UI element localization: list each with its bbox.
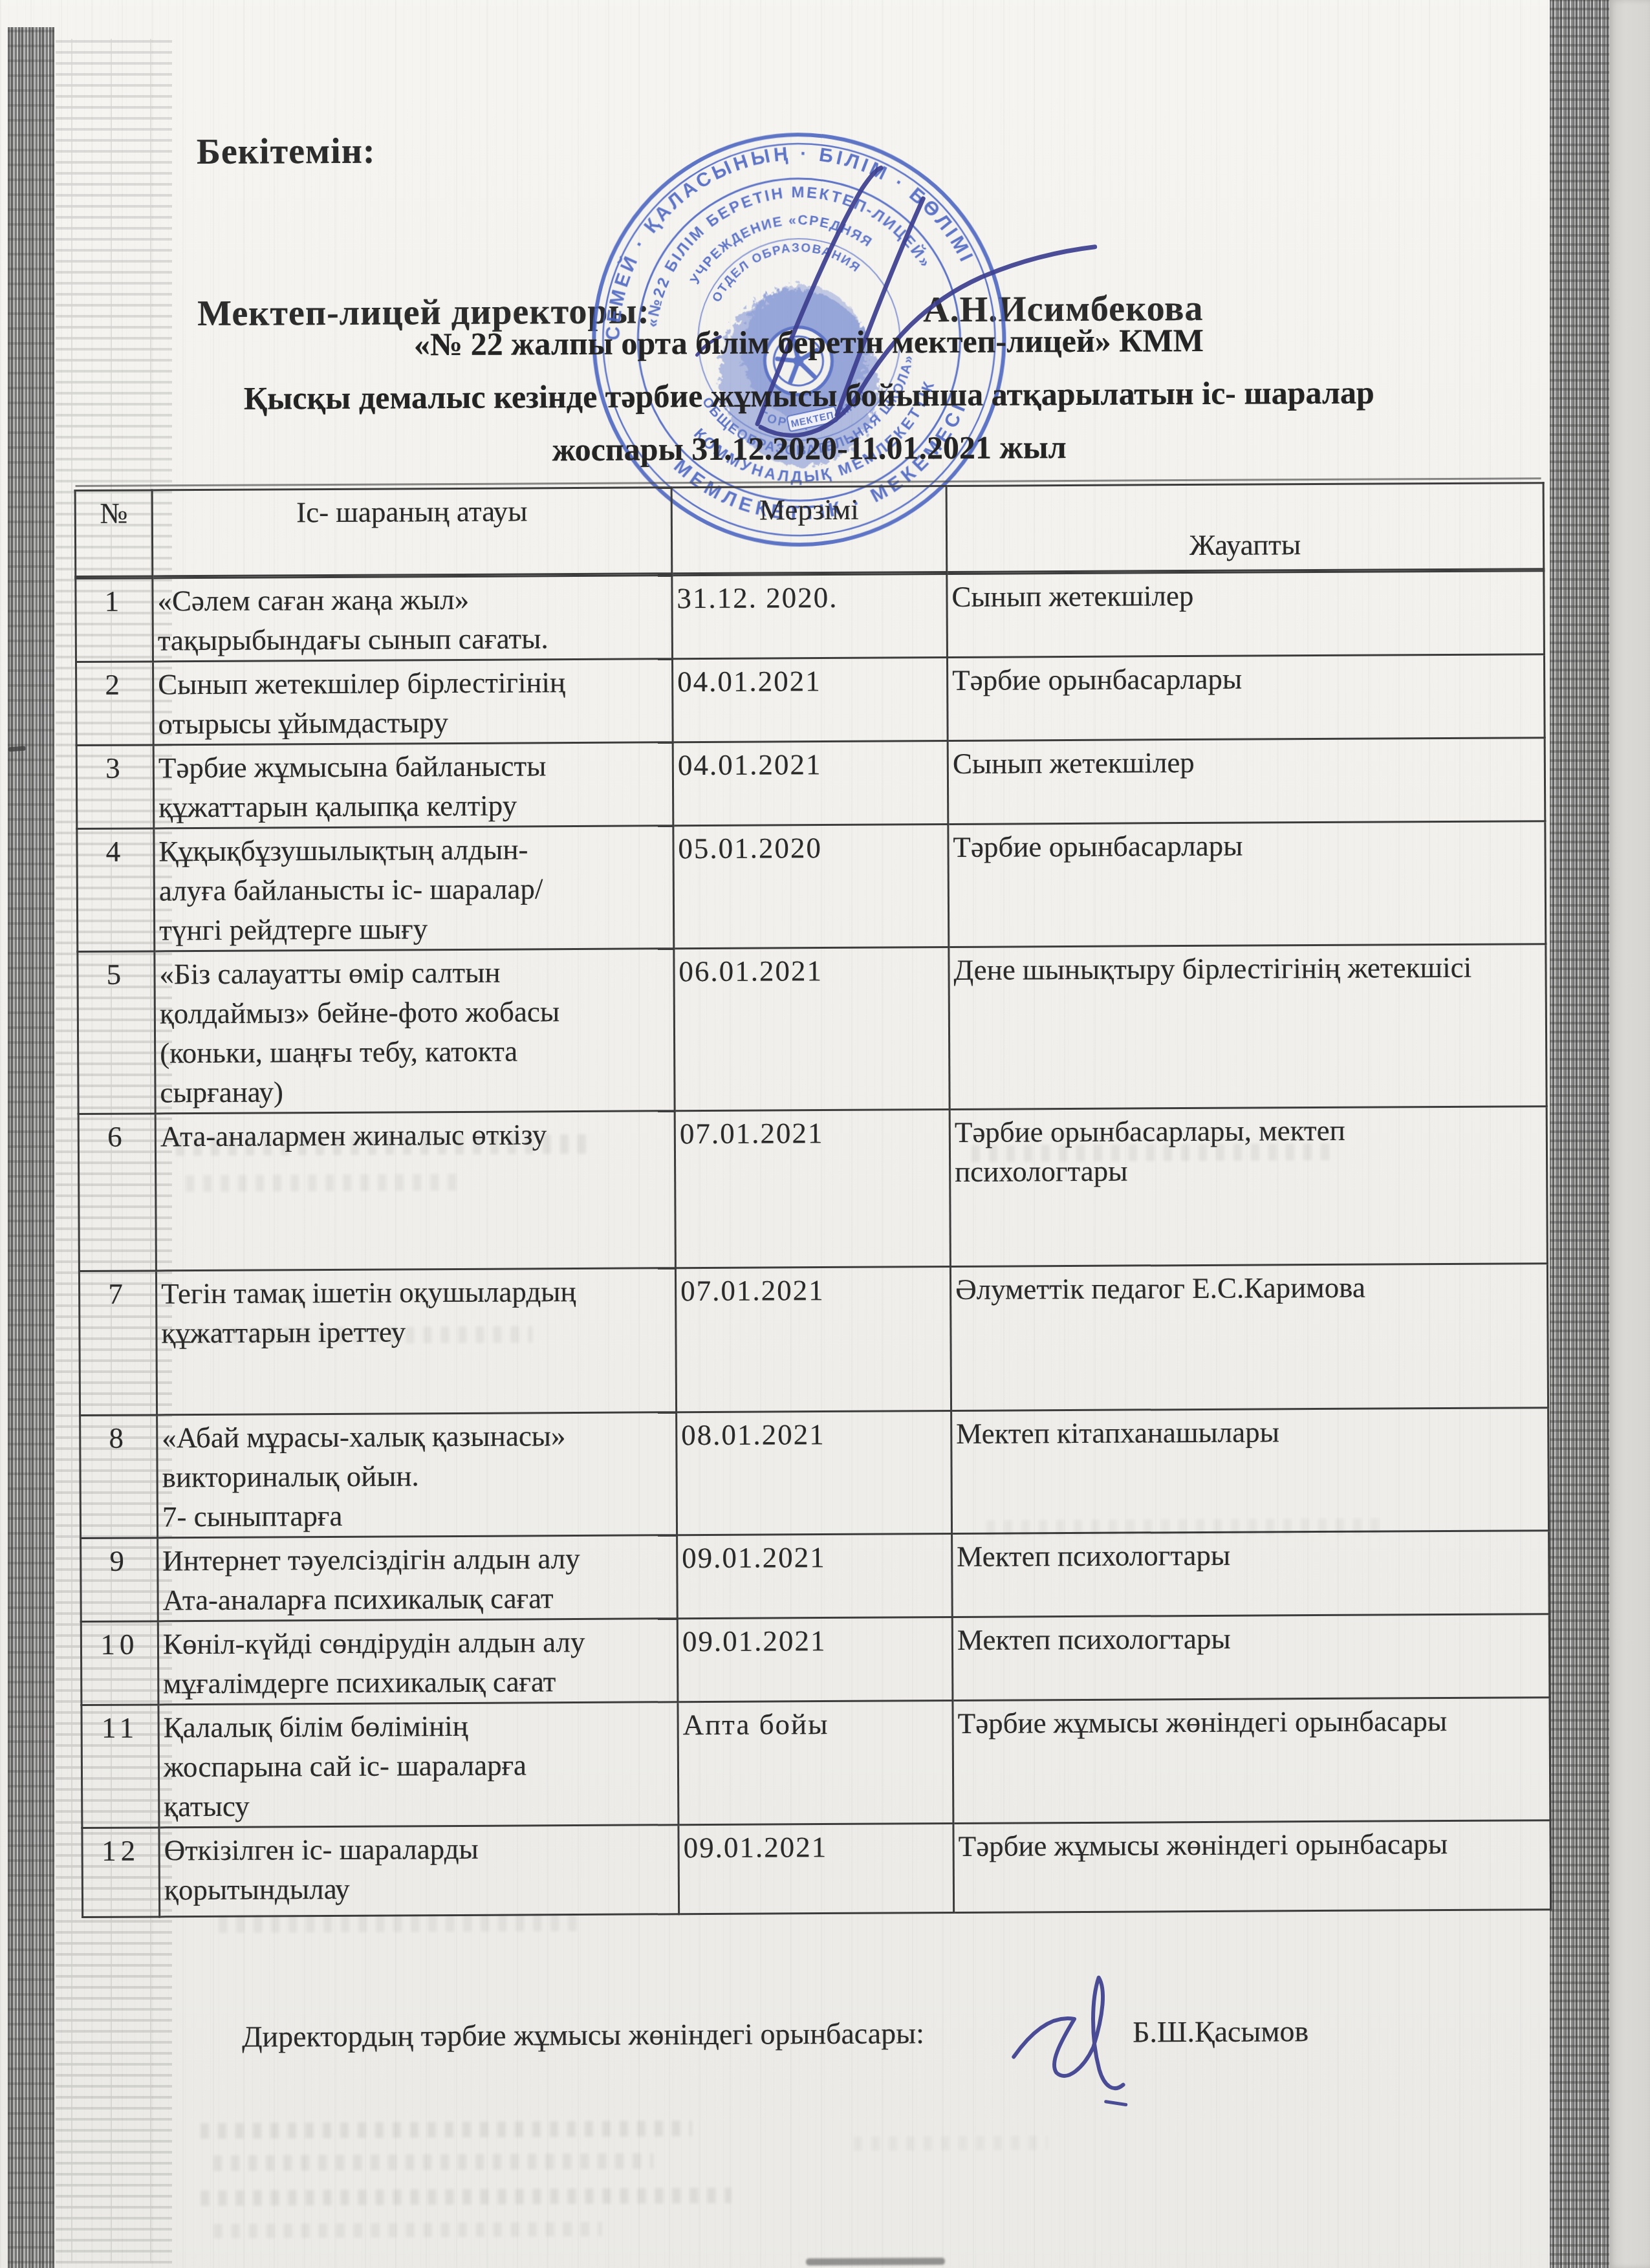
cell-resp: Тәрбие жұмысы жөніндегі орынбасары <box>953 1698 1550 1824</box>
cell-resp: Мектеп психологтары <box>952 1531 1550 1617</box>
table-row: 10Көніл-күйді сөндірудін алдын алу мұғал… <box>81 1614 1550 1705</box>
cell-resp: Сынып жетекшілер <box>948 738 1545 825</box>
title-line-1: «№ 22 жалпы орта білім беретін мектеп-ли… <box>81 312 1536 373</box>
cell-name: Сынып жетекшілер бірлестігінің отырысы ұ… <box>153 659 673 745</box>
cell-resp: Дене шынықтыру бірлестігінің жетекшісі <box>949 944 1547 1110</box>
cell-no: 10 <box>81 1621 158 1705</box>
table-row: 4Құқықбұзушылықтың алдын- алуға байланыс… <box>77 821 1546 952</box>
ghost-bleed-through <box>201 2188 731 2206</box>
cell-resp: Тәрбие орынбасарлары <box>947 654 1545 741</box>
cell-date: 05.01.2020 <box>673 825 949 949</box>
ghost-bleed-through <box>201 2121 692 2139</box>
cell-name: «Сәлем саған жаңа жыл» тақырыбындағы сын… <box>153 576 673 662</box>
column-header-date: Мерзімі <box>671 486 947 574</box>
cell-no: 6 <box>78 1114 156 1271</box>
cell-name: Көніл-күйді сөндірудін алдын алу мұғалім… <box>158 1619 678 1705</box>
ghost-bleed-through <box>854 2135 1048 2151</box>
cell-date: Апта бойы <box>678 1700 953 1824</box>
cell-resp: Сынып жетекшілер <box>947 571 1545 658</box>
cell-date: 09.01.2021 <box>678 1823 954 1914</box>
footer-label: Директордың тәрбие жұмысы жөніндегі орын… <box>242 2016 924 2054</box>
table-row: 12Өткізілген іс- шараларды қорытындылау0… <box>82 1820 1551 1917</box>
cell-resp: Тәрбие жұмысы жөніндегі орынбасары <box>953 1820 1551 1913</box>
bottom-edge-smudge <box>806 2258 945 2265</box>
title-line-3: жоспары 31.12.2020-11.01.2021 жыл <box>81 418 1537 479</box>
cell-name: Қалалық білім бөлімінің жоспарына сай іс… <box>158 1702 678 1828</box>
table-row: 11Қалалық білім бөлімінің жоспарына сай … <box>81 1698 1550 1828</box>
cell-no: 12 <box>82 1828 160 1917</box>
ghost-bleed-through <box>972 1143 1334 1162</box>
cell-resp: Әлуметтік педагог Е.С.Каримова <box>950 1264 1548 1411</box>
cell-resp: Тәрбие орынбасарлары <box>948 821 1546 947</box>
cell-resp: Мектеп кітапханашылары <box>951 1408 1549 1534</box>
deputy-signature <box>1014 1978 1126 2106</box>
cell-date: 09.01.2021 <box>677 1617 953 1701</box>
footer-name: Б.Ш.Қасымов <box>1133 2014 1308 2049</box>
column-header-resp: Жауапты <box>946 483 1544 572</box>
cell-no: 11 <box>81 1705 159 1828</box>
table-header-row: № Іс- шараның атауы Мерзімі Жауапты <box>75 483 1544 577</box>
ghost-bleed-through <box>176 1134 590 1156</box>
ghost-bleed-through <box>214 2222 602 2238</box>
ghost-bleed-through <box>186 1174 464 1192</box>
ghost-bleed-through <box>196 1326 532 1345</box>
cell-no: 1 <box>76 578 153 662</box>
cell-name: «Біз салауатты өмір салтын қолдаймыз» бе… <box>155 949 675 1114</box>
cell-date: 09.01.2021 <box>677 1533 953 1618</box>
cell-no: 4 <box>77 828 155 952</box>
table-row: 5«Біз салауатты өмір салтын қолдаймыз» б… <box>78 944 1547 1114</box>
table-row: 3Тәрбие жұмысына байланысты құжаттарын қ… <box>76 738 1545 829</box>
ghost-bleed-through <box>213 2153 653 2171</box>
cell-no: 7 <box>79 1271 157 1416</box>
column-header-resp-label: Жауапты <box>951 524 1539 567</box>
cell-date: 04.01.2021 <box>673 741 948 826</box>
table-row: 1«Сәлем саған жаңа жыл» тақырыбындағы сы… <box>76 571 1545 662</box>
document-sheet: Бекітемін: Мектеп-лицей директоры: А.Н.И… <box>0 0 1650 2268</box>
cell-name: Өткізілген іс- шараларды қорытындылау <box>159 1825 679 1917</box>
cell-date: 04.01.2021 <box>672 658 948 742</box>
cell-no: 8 <box>80 1415 158 1539</box>
events-table: № Іс- шараның атауы Мерзімі Жауапты 1«Сә… <box>74 482 1552 1918</box>
column-header-no: № <box>75 490 153 577</box>
ghost-bleed-through <box>219 1914 581 1933</box>
cell-name: Құқықбұзушылықтың алдын- алуға байланыст… <box>154 826 674 951</box>
column-header-name: Іс- шараның атауы <box>152 488 672 576</box>
cell-name: «Абай мұрасы-халық қазынасы» викториналы… <box>157 1412 677 1538</box>
ghost-bleed-through <box>986 1518 1387 1535</box>
table-row: 2Сынып жетекшілер бірлестігінің отырысы … <box>76 654 1545 746</box>
title-line-2: Қысқы демалыс кезінде тәрбие жұмысы бойы… <box>81 365 1537 426</box>
cell-date: 07.01.2021 <box>675 1266 951 1412</box>
table-row: 9Интернет тәуелсіздігін алдын алу Ата-ан… <box>81 1531 1550 1622</box>
document-title: «№ 22 жалпы орта білім беретін мектеп-ли… <box>81 312 1537 479</box>
cell-date: 07.01.2021 <box>675 1109 950 1268</box>
cell-date: 31.12. 2020. <box>672 574 948 659</box>
cell-date: 06.01.2021 <box>674 947 950 1110</box>
cell-date: 08.01.2021 <box>677 1410 952 1535</box>
cell-name: Интернет тәуелсіздігін алдын алу Ата-ана… <box>158 1535 678 1621</box>
cell-no: 2 <box>76 662 153 746</box>
cell-no: 9 <box>81 1538 158 1622</box>
table-body: 1«Сәлем саған жаңа жыл» тақырыбындағы сы… <box>76 571 1551 1917</box>
cell-resp: Мектеп психологтары <box>952 1614 1550 1701</box>
cell-name: Тәрбие жұмысына байланысты құжаттарын қа… <box>153 742 673 828</box>
cell-no: 5 <box>78 951 155 1114</box>
cell-no: 3 <box>76 745 154 829</box>
margin-pen-mark <box>8 746 25 752</box>
cell-resp: Тәрбие орынбасарлары, мектеп психологтар… <box>950 1107 1547 1267</box>
approve-label: Бекітемін: <box>197 131 376 173</box>
